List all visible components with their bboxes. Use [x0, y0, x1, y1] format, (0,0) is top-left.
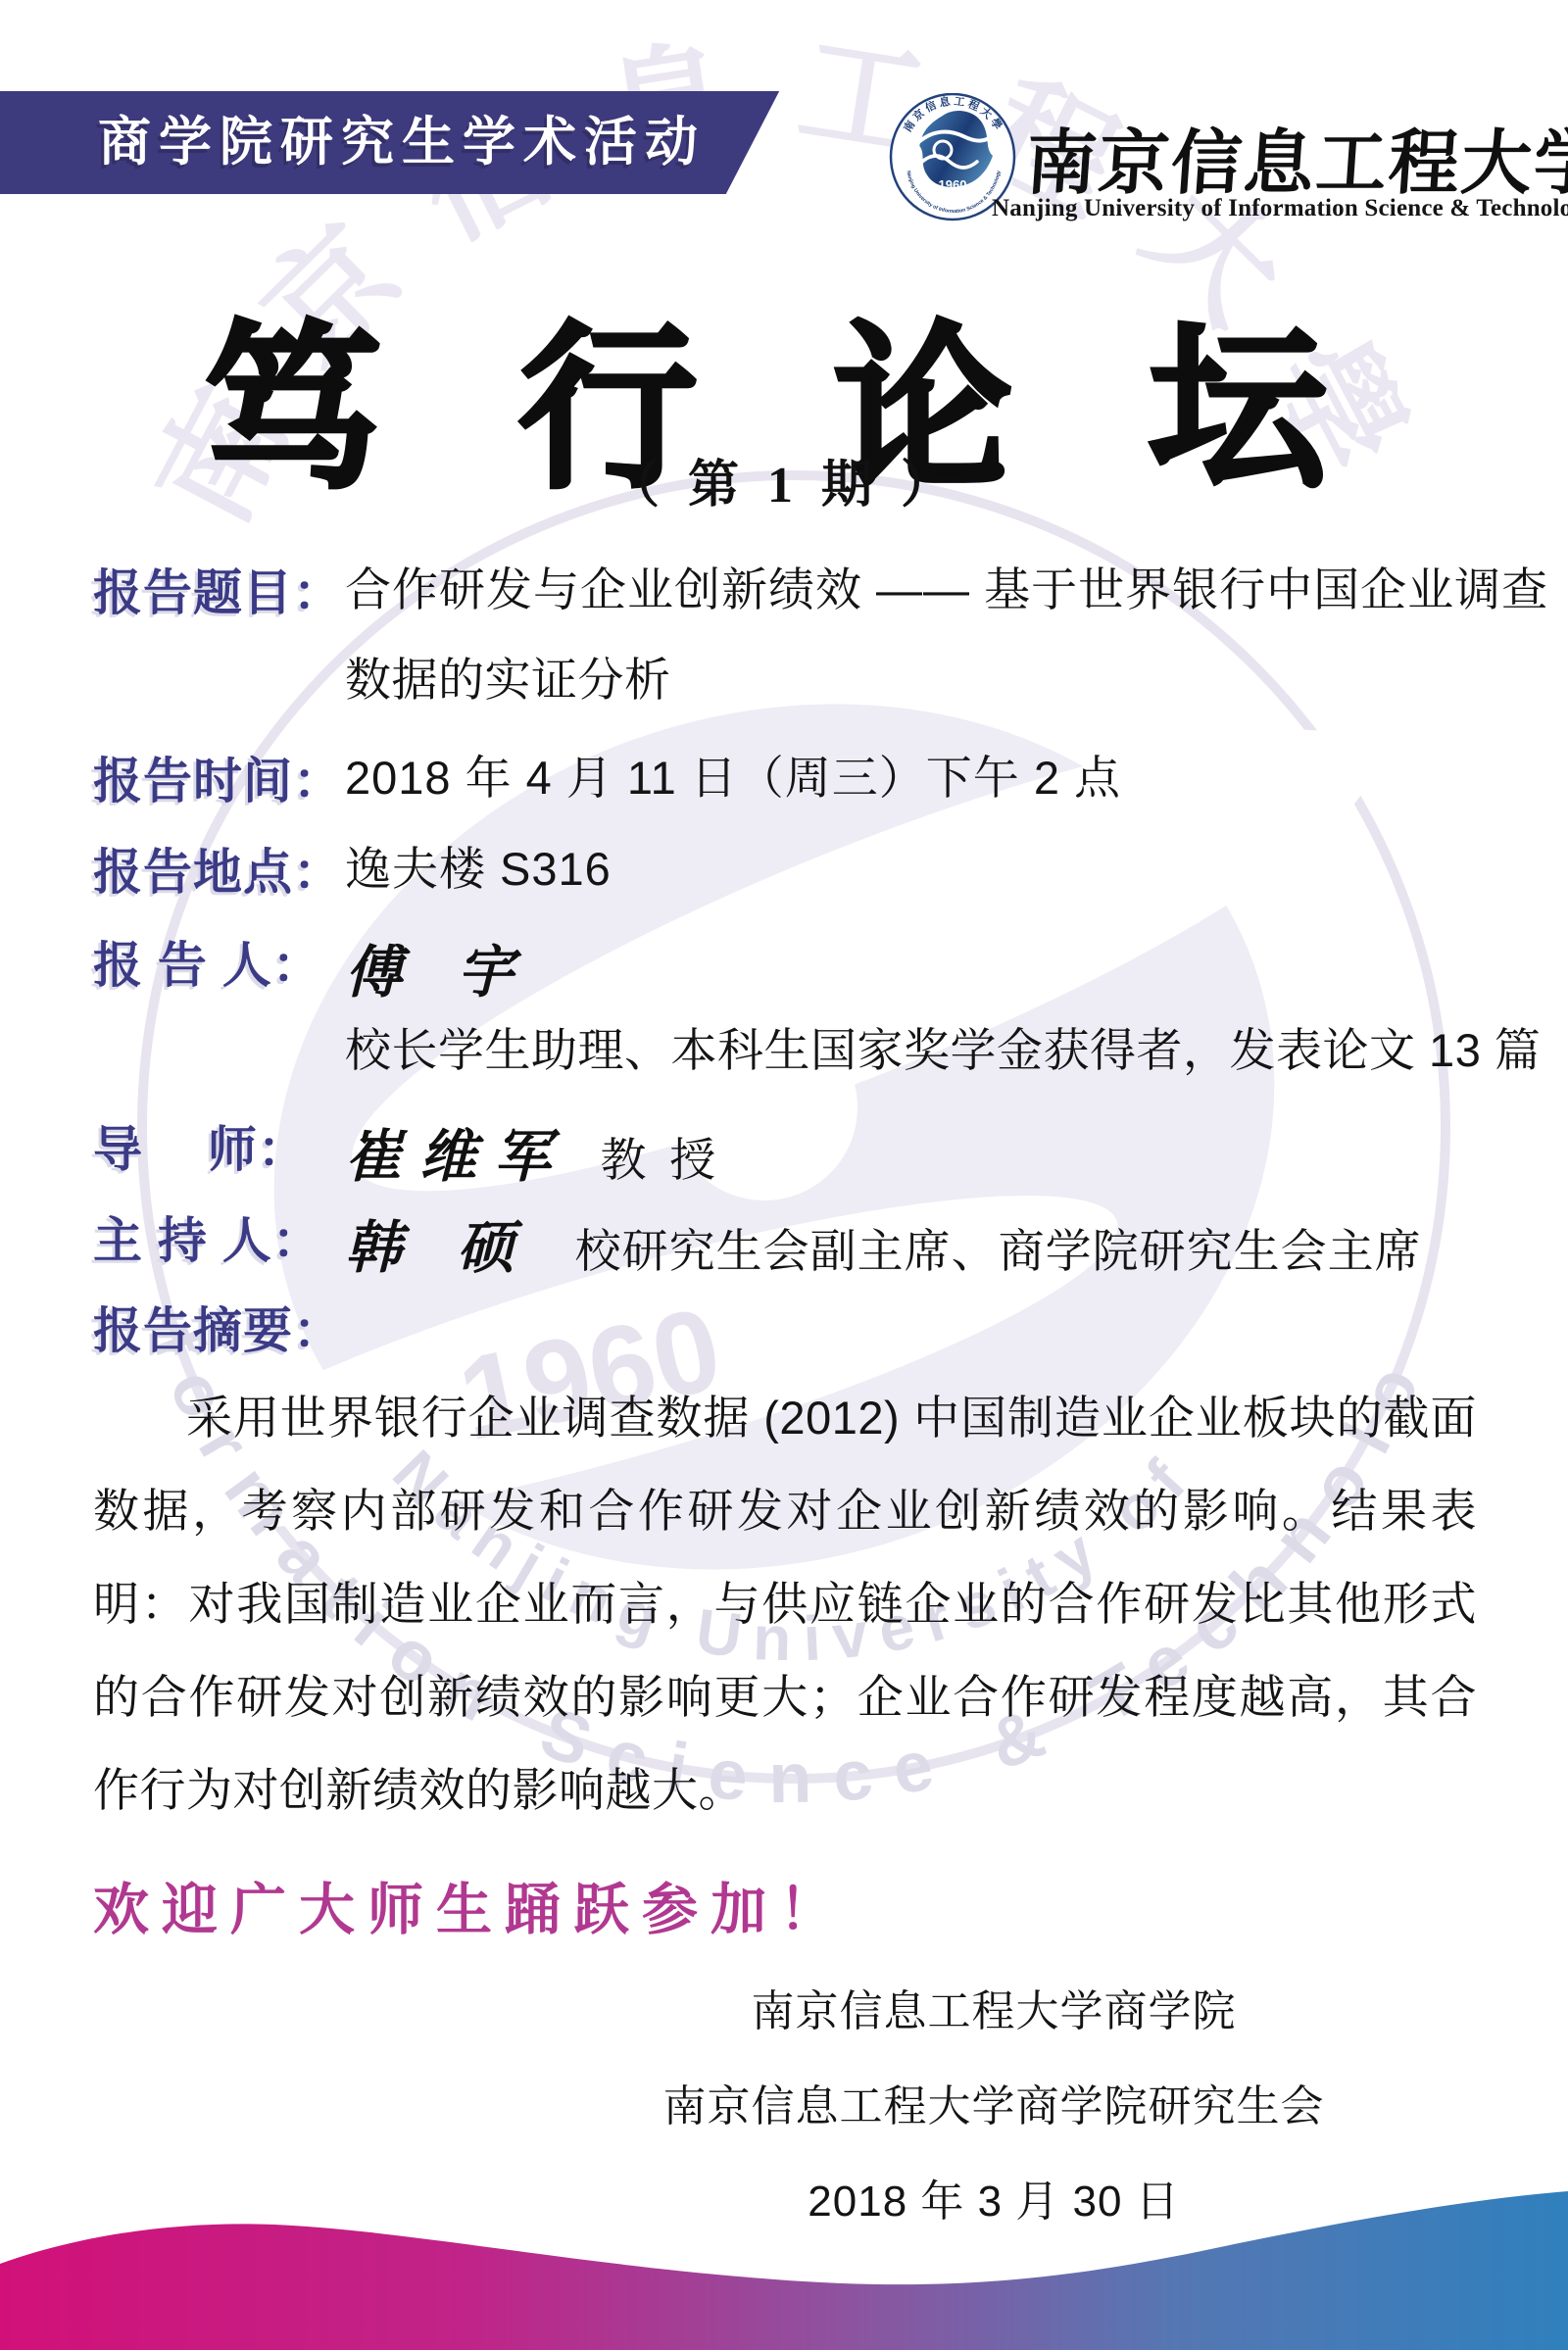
host-title: 校研究生会副主席、商学院研究生会主席 — [575, 1225, 1422, 1277]
speaker-name: 傅 宇 — [345, 939, 531, 1005]
field-host-label: 主 持 人： — [93, 1201, 345, 1272]
field-advisor-label: 导 师： — [93, 1110, 345, 1181]
field-topic-value: 合作研发与企业创新绩效 —— 基于世界银行中国企业调查 — [345, 563, 1548, 615]
field-topic-value-line2: 数据的实证分析 — [345, 644, 1509, 710]
advisor-title: 教 授 — [600, 1136, 721, 1187]
field-host: 主 持 人：韩 硕 校研究生会副主席、商学院研究生会主席 — [93, 1201, 1509, 1284]
signature-school: 南京信息工程大学商学院 — [651, 1976, 1337, 2038]
welcome-line: 欢迎广大师生踊跃参加！ — [93, 1865, 848, 1945]
abstract-label: 报告摘要： — [93, 1292, 345, 1362]
field-time-label: 报告时间： — [93, 742, 345, 812]
field-speaker-label: 报 告 人： — [93, 926, 345, 997]
advisor-name: 崔维军 — [345, 1123, 568, 1190]
signature-grad-union: 南京信息工程大学商学院研究生会 — [651, 2071, 1337, 2133]
field-speaker: 报 告 人：傅 宇 — [93, 926, 1509, 1008]
speaker-bio: 校长学生助理、本科生国家奖学金获得者，发表论文 13 篇 — [345, 1014, 1509, 1080]
forum-issue-number: （ 第 1 期 ） — [0, 443, 1568, 516]
banner-label: 商学院研究生学术活动 — [98, 91, 706, 194]
field-venue-value: 逸夫楼 S316 — [345, 843, 612, 895]
field-time-value: 2018 年 4 月 11 日（周三）下午 2 点 — [345, 752, 1121, 804]
abstract-paragraph: 采用世界银行企业调查数据 (2012) 中国制造业企业板块的截面数据，考察内部研… — [93, 1371, 1477, 1836]
signature-block: 南京信息工程大学商学院 南京信息工程大学商学院研究生会 2018 年 3 月 3… — [651, 1976, 1337, 2261]
host-name: 韩 硕 — [345, 1214, 531, 1281]
university-name-zh: 南京信息工程大学 — [1024, 106, 1491, 194]
signature-date: 2018 年 3 月 30 日 — [651, 2166, 1337, 2228]
field-topic: 报告题目：合作研发与企业创新绩效 —— 基于世界银行中国企业调查 — [93, 554, 1509, 624]
university-name-en: Nanjing University of Information Scienc… — [992, 195, 1501, 222]
header-banner: 商学院研究生学术活动 — [0, 91, 784, 194]
field-abstract-heading: 报告摘要： — [93, 1292, 1509, 1362]
logo-year: 1960 — [939, 177, 967, 192]
field-venue: 报告地点：逸夫楼 S316 — [93, 833, 1509, 904]
field-advisor: 导 师：崔维军 教 授 — [93, 1110, 1509, 1193]
field-time: 报告时间：2018 年 4 月 11 日（周三）下午 2 点 — [93, 742, 1509, 812]
field-venue-label: 报告地点： — [93, 833, 345, 904]
field-topic-label: 报告题目： — [93, 554, 345, 624]
